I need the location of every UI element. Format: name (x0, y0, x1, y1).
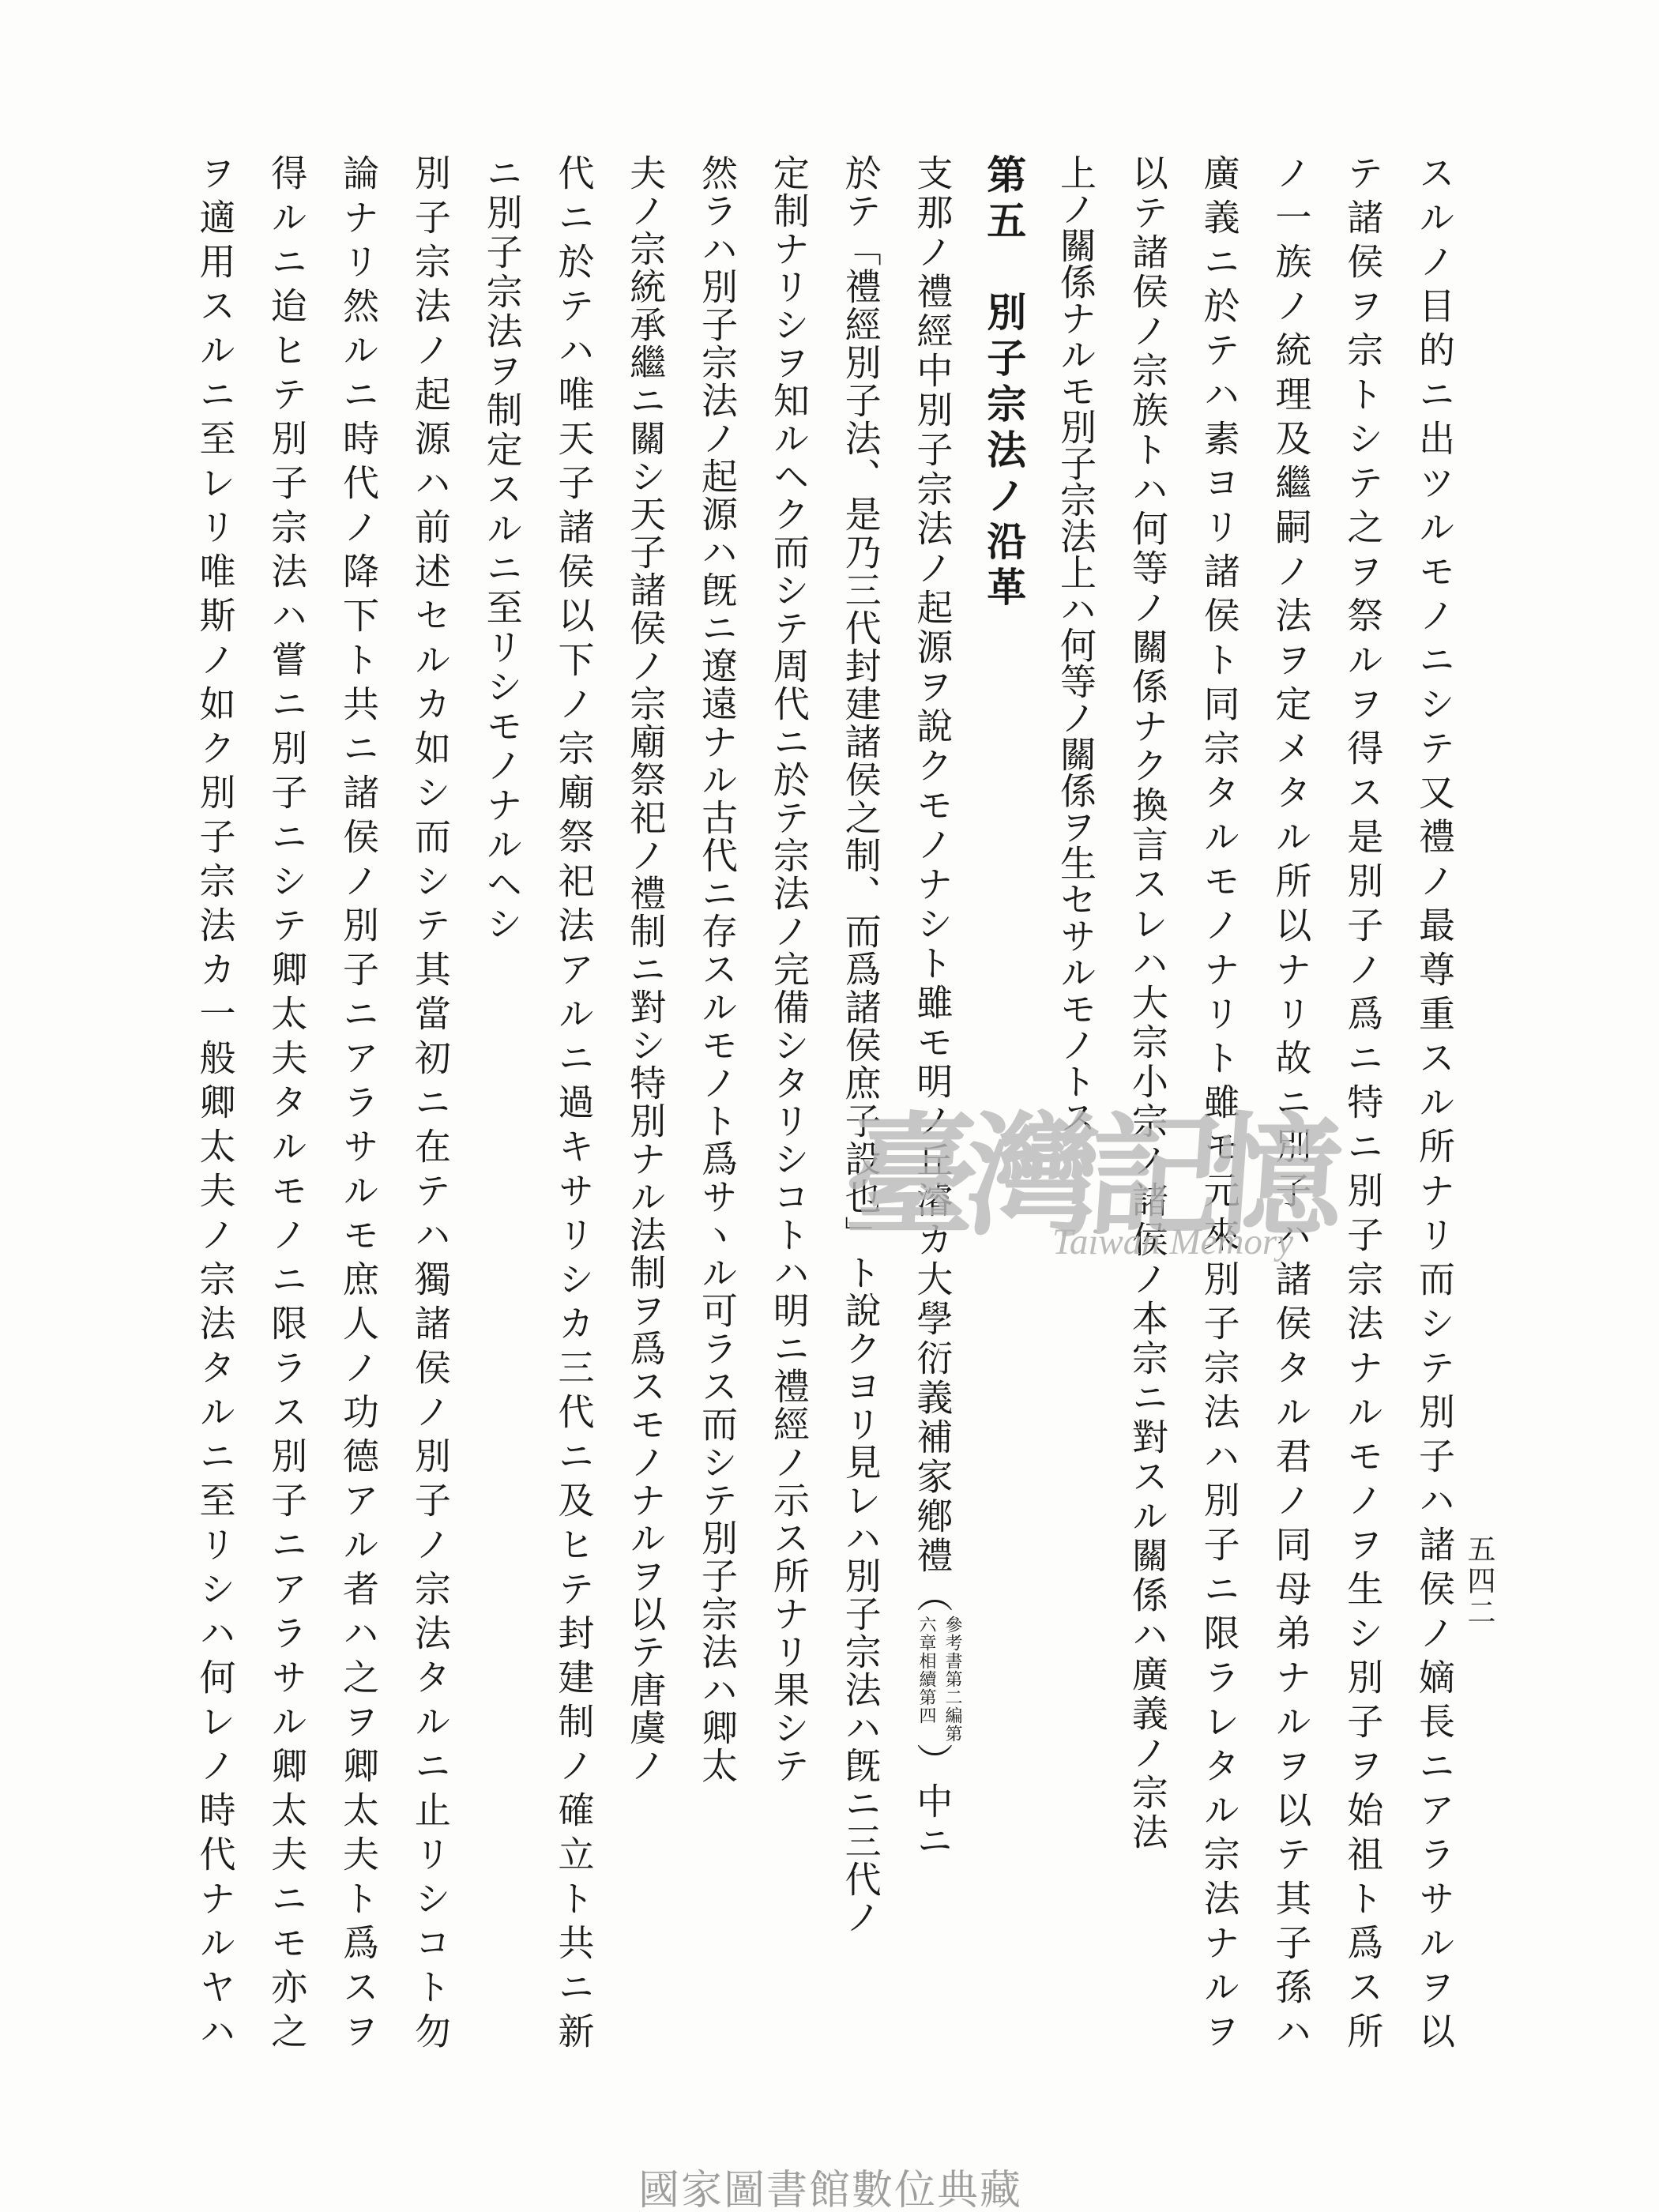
text-column: テ諸侯ヲ宗トシテ之ヲ祭ルヲ得ス是別子ノ爲ニ特ニ別子宗法ナルモノヲ生シ別子ヲ始祖ト… (1326, 154, 1398, 2082)
chapter-title: 別子宗法ノ沿革 (981, 292, 1025, 612)
chapter-number: 第五 (981, 154, 1025, 246)
text-column: 以テ諸侯ノ宗族トハ何等ノ關係ナク換言スレハ大宗小宗ノ諸侯ノ本宗ニ對スル關係ハ廣義… (1111, 154, 1183, 2082)
text-column: 論ナリ然ルニ時代ノ降下ト共ニ諸侯ノ別子ニアラサルモ庶人ノ功德アル者ハ之ヲ卿太夫ト… (322, 154, 393, 2082)
scan-page: { "page": { "number": "五四二", "ink_color"… (0, 0, 1659, 2212)
text-column: ノ一族ノ統理及繼嗣ノ法ヲ定メタル所以ナリ故ニ別子ハ諸侯タル君ノ同母弟ナルヲ以テ其… (1255, 154, 1326, 2082)
text-column: ヲ適用スルニ至レリ唯斯ノ如ク別子宗法カ一般卿太夫ノ宗法タルニ至リシハ何レノ時代ナ… (179, 154, 250, 2082)
text-column: 得ルニ迨ヒテ別子宗法ハ嘗ニ別子ニシテ卿太夫タルモノニ限ラス別子ニアラサル卿太夫ニ… (250, 154, 322, 2082)
text-column: 上ノ關係ナルモ別子宗法上ハ何等ノ關係ヲ生セサルモノトス (1039, 154, 1111, 2082)
text-block: スルノ目的ニ出ツルモノニシテ又禮ノ最尊重スル所ナリ而シテ別子ハ諸侯ノ嫡長ニアラサ… (179, 154, 1469, 2082)
text-column: 廣義ニ於テハ素ヨリ諸侯ト同宗タルモノナリト雖モ元來別子宗法ハ別子ニ限ラレタル宗法… (1183, 154, 1255, 2082)
heading-gap (1003, 246, 1004, 292)
text-column: 別子宗法ノ起源ハ前述セルカ如シ而シテ其當初ニ在テハ獨諸侯ノ別子ノ宗法タルニ止リシ… (393, 154, 465, 2082)
text-column: 定制ナリシヲ知ルヘク而シテ周代ニ於テ宗法ノ完備シタリシコトハ明ニ禮經ノ示ス所ナリ… (752, 154, 824, 2082)
chapter-heading-column: 第五別子宗法ノ沿革 (967, 154, 1039, 2082)
text-column: 夫ノ宗統承繼ニ關シ天子諸侯ノ宗廟祭祀ノ禮制ニ對シ特別ナル法制ヲ爲スモノナルヲ以テ… (608, 154, 680, 2082)
note-line-left: 六章相續第四 (914, 1616, 940, 1743)
text-column: 代ニ於テハ唯天子諸侯以下ノ宗廟祭祀法アルニ過キサリシカ三代ニ及ヒテ封建制ノ確立ト… (537, 154, 609, 2082)
text-column: 然ラハ別子宗法ノ起源ハ旣ニ遼遠ナル古代ニ存スルモノト爲サヽル可ラス而シテ別子宗法… (680, 154, 752, 2082)
note-line-right: 參考書第二編第 (940, 1616, 966, 1743)
text-column: ニ別子宗法ヲ制定スルニ至リシモノナルヘシ (465, 154, 537, 2082)
text-column: 於テ「禮經別子法、是乃三代封建諸侯之制、而爲諸侯庶子設也」ト說クヨリ見レハ別子宗… (824, 154, 896, 2082)
library-footer: 國家圖書館數位典藏 (638, 2157, 1022, 2212)
text-column: スルノ目的ニ出ツルモノニシテ又禮ノ最尊重スル所ナリ而シテ別子ハ諸侯ノ嫡長ニアラサ… (1398, 154, 1469, 2082)
text-column: 支那ノ禮經中別子宗法ノ起源ヲ說クモノナシト雖モ明ノ丘濬カ大學衍義補家鄕禮（參考書… (896, 154, 968, 2082)
page-number: 五四二 (1460, 1534, 1500, 1629)
inline-reference-note: 參考書第二編第六章相續第四 (914, 1616, 966, 1743)
